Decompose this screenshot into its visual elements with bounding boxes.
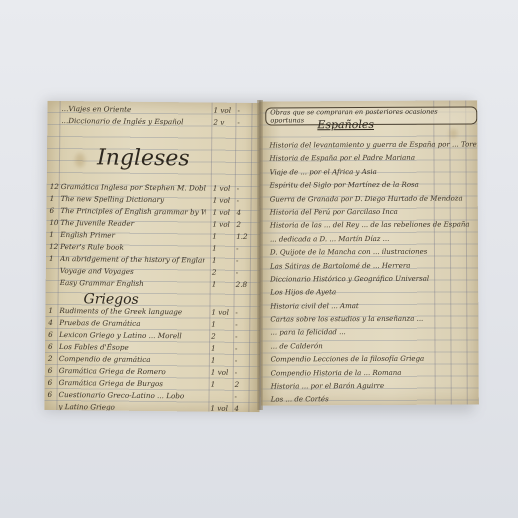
list-item: Historia ... por el Barón Aguirre xyxy=(261,379,479,394)
list-item: Historia del Perú por Garcilaso Inca xyxy=(260,205,478,220)
list-item: Historia del levantamiento y guerra de E… xyxy=(259,138,477,153)
list-item: Diccionario Histórico y Geográfico Unive… xyxy=(260,272,478,287)
list-item: Las Sátiras de Bartolomé de ... Herrera xyxy=(260,259,478,274)
list-item: ... para la felicidad ... xyxy=(260,326,478,341)
list-item: Los ... de Cortés xyxy=(261,393,479,406)
list-item: Easy Grammar English12.8 xyxy=(46,277,261,291)
list-item: Historia de España por el Padre Mariana xyxy=(259,152,477,167)
list-item: Viaje de ... por el Africa y Asia xyxy=(260,165,478,180)
list-item: Guerra de Granada por D. Diego Hurtado d… xyxy=(260,192,478,207)
list-item: Espíritu del Siglo por Martínez de la Ro… xyxy=(260,179,478,194)
list-item: Historia de las ... del Rey ... de las r… xyxy=(260,219,478,234)
paper-stain xyxy=(449,129,457,139)
section-heading-espanoles: Españoles xyxy=(317,118,374,131)
list-item: D. Quijote de la Mancha con ... ilustrac… xyxy=(260,246,478,261)
espanoles-entries: Historia del levantamiento y guerra de E… xyxy=(259,138,478,405)
ingleses-entries: 12Gramática Inglesa por Stephen M. Dobla… xyxy=(46,181,262,291)
list-item: Compendio Historia de la ... Romana xyxy=(261,366,479,381)
list-item: ... de Calderón xyxy=(260,339,478,354)
section-heading-ingleses: Ingleses xyxy=(97,145,190,171)
list-item: Los Hijos de Ayeta xyxy=(260,286,478,301)
list-item: ... dedicada a D. ... Martín Díaz ... xyxy=(260,232,478,247)
book-spine-gutter xyxy=(257,100,263,410)
right-page: Obras que se compraran en posteriores oc… xyxy=(259,100,479,405)
list-item: Historia civil del ... Amat xyxy=(260,299,478,314)
list-item: Compendio Lecciones de la filosofía Grie… xyxy=(261,353,479,368)
list-item: Cartas sobre los estudios y la enseñanza… xyxy=(260,313,478,328)
left-top-entries: ...Viajes en Oriente1 vol- ...Diccionari… xyxy=(47,103,262,129)
left-page: ...Viajes en Oriente1 vol- ...Diccionari… xyxy=(44,101,262,412)
griegos-entries: 1Rudiments of the Greek language1 vol- 4… xyxy=(44,305,260,412)
